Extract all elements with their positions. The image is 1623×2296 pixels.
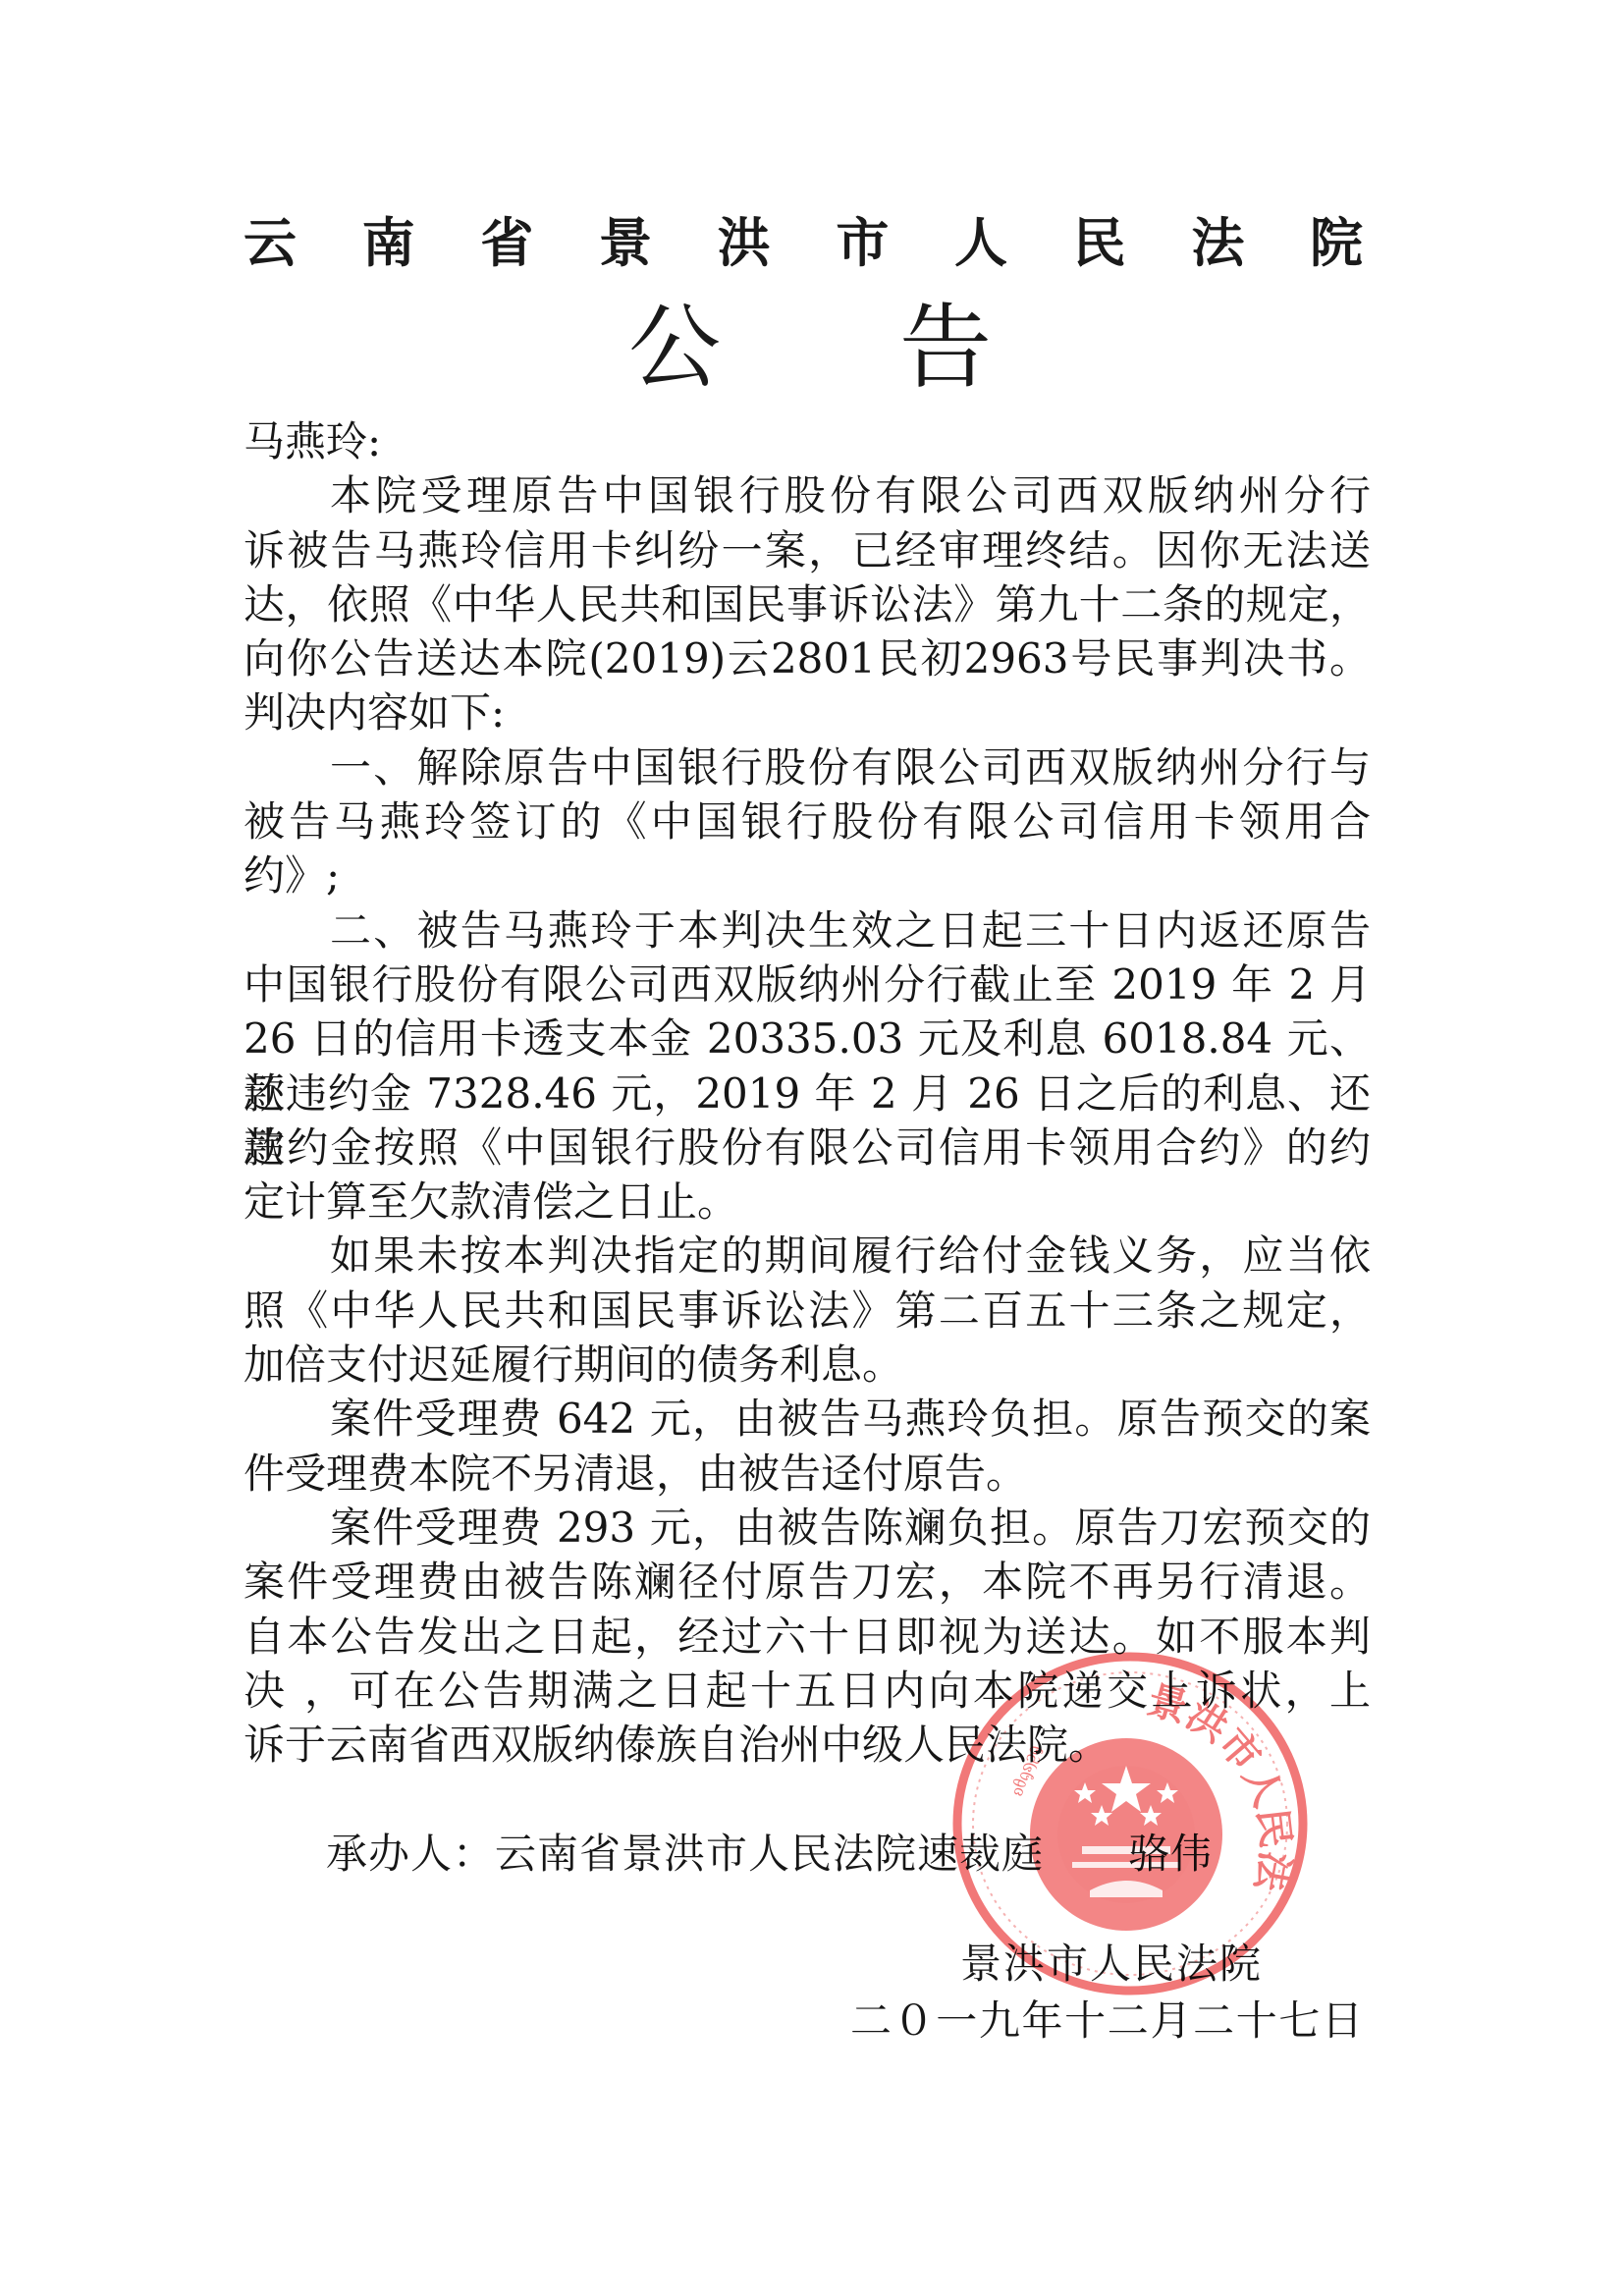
judgment-item-1-line: 被告马燕玲签订的《中国银行股份有限公司信用卡领用合 (243, 794, 1371, 848)
body-line: 本院受理原告中国银行股份有限公司西双版纳州分行 (243, 468, 1371, 522)
service-clause-line: 自本公告发出之日起，经过六十日即视为送达。如不服本判 (243, 1610, 1371, 1664)
judgment-item-2-line: 二、被告马燕玲于本判决生效之日起三十日内返还原告 (243, 903, 1371, 957)
fee-clause-line: 案件受理费 642 元，由被告马燕玲负担。原告预交的案 (243, 1392, 1371, 1446)
service-clause-line: 诉于云南省西双版纳傣族自治州中级人民法院。 (243, 1718, 1371, 1772)
fee-clause-line: 案件受理费由被告陈斓径付原告刀宏，本院不再另行清退。 (243, 1555, 1371, 1609)
body-line: 诉被告马燕玲信用卡纠纷一案，已经审理终结。因你无法送 (243, 523, 1371, 577)
body-line: 向你公告送达本院(2019)云2801民初2963号民事判决书。 (243, 631, 1371, 685)
penalty-clause-line: 照《中华人民共和国民事诉讼法》第二百五十三条之规定， (243, 1284, 1371, 1338)
addressee-line: 马燕玲: (243, 414, 1371, 468)
penalty-clause-line: 如果未按本判决指定的期间履行给付金钱义务，应当依 (243, 1229, 1371, 1283)
issue-date: 二０一九年十二月二十七日 (850, 1994, 1363, 2048)
judgment-item-1-line: 约》; (243, 848, 1371, 902)
judgment-item-2-line: 定计算至欠款清偿之日止。 (243, 1175, 1371, 1229)
penalty-clause-line: 加倍支付迟延履行期间的债务利息。 (243, 1338, 1371, 1392)
judgment-item-2-line: 26 日的信用卡透支本金 20335.03 元及利息 6018.84 元、还 (243, 1011, 1371, 1066)
court-name-heading: 云南省景洪市人民法院 (243, 208, 1363, 279)
fee-clause-line: 案件受理费 293 元，由被告陈斓负担。原告刀宏预交的 (243, 1501, 1371, 1555)
issuing-court: 景洪市人民法院 (960, 1937, 1261, 1991)
case-handler-line: 承办人：云南省景洪市人民法院速裁庭 骆伟 (326, 1827, 1213, 1881)
document-page: 云南省景洪市人民法院 公告 马燕玲: 本院受理原告中国银行股份有限公司西双版纳州… (0, 0, 1623, 2296)
fee-clause-line: 件受理费本院不另清退，由被告迳付原告。 (243, 1447, 1371, 1501)
notice-body: 马燕玲: 本院受理原告中国银行股份有限公司西双版纳州分行 诉被告马燕玲信用卡纠纷… (243, 414, 1371, 1772)
judgment-item-2-line: 款违约金 7328.46 元，2019 年 2 月 26 日之后的利息、还款 (243, 1066, 1371, 1121)
document-type-heading: 公告 (628, 295, 992, 403)
judgment-item-2-line: 中国银行股份有限公司西双版纳州分行截止至 2019 年 2 月 (243, 957, 1371, 1011)
body-line: 达，依照《中华人民共和国民事诉讼法》第九十二条的规定， (243, 577, 1371, 631)
service-clause-line: 决 ，可在公告期满之日起十五日内向本院递交上诉状，上 (243, 1664, 1371, 1718)
judgment-item-2-line: 违约金按照《中国银行股份有限公司信用卡领用合约》的约 (243, 1121, 1371, 1175)
body-line: 判决内容如下: (243, 685, 1371, 739)
judgment-item-1-line: 一、解除原告中国银行股份有限公司西双版纳州分行与 (243, 740, 1371, 794)
